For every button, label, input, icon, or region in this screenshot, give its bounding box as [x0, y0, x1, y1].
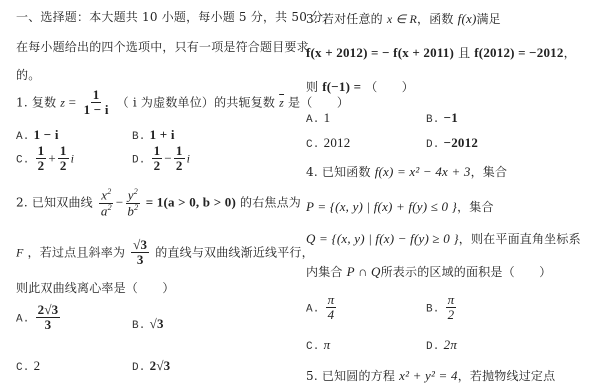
question-1-option-c[interactable]: C. 12+12i: [16, 144, 74, 174]
question-4-option-d[interactable]: D. 2π: [426, 337, 457, 353]
question-1-option-b[interactable]: B. 1 + i: [132, 127, 175, 143]
question-4-set-q: Q = {(x, y) | f(x) − f(y) ≥ 0 }，则在平面直角坐标…: [306, 230, 581, 247]
conjugate-z: z: [279, 95, 284, 109]
section-heading-line1: 一、选择题：本大题共 10 小题，每小题 5 分，共 50 分，: [16, 8, 335, 25]
question-1-stem: 1. 复数 z = 11 − i （ i 为虚数单位）的共轭复数 z 是（ ）: [16, 88, 349, 118]
question-3-option-c[interactable]: C. 2012: [306, 135, 350, 151]
question-1-option-a[interactable]: A. 1 − i: [16, 127, 59, 143]
fraction: 11 − i: [82, 88, 111, 118]
question-4-option-c[interactable]: C. π: [306, 337, 330, 353]
question-4-set-p: P = {(x, y) | f(x) + f(y) ≤ 0 }，集合: [306, 198, 494, 215]
question-3-option-a[interactable]: A. 1: [306, 110, 330, 126]
question-4-stem: 4. 已知函数 f(x) = x² − 4x + 3，集合: [306, 163, 507, 180]
question-2-option-b[interactable]: B. √3: [132, 316, 164, 332]
section-heading-line2: 在每小题给出的四个选项中，只有一项是符合题目要求: [16, 38, 309, 55]
section-heading-line3: 的。: [16, 66, 40, 83]
question-3-line3: 则 f(−1) = （ ）: [306, 78, 414, 95]
question-2-option-d[interactable]: D. 2√3: [132, 358, 170, 374]
question-4-option-a[interactable]: A. π4: [306, 293, 338, 323]
question-3-option-b[interactable]: B. −1: [426, 110, 458, 126]
question-5-stem: 5. 已知圆的方程 x² + y² = 4，若抛物线过定点: [306, 367, 555, 384]
question-3-stem: 3. 若对任意的 x ∈ R，函数 f(x)满足: [306, 10, 501, 27]
question-2-line3: 则此双曲线离心率是（ ）: [16, 279, 175, 296]
question-1-option-d[interactable]: D. 12−12i: [132, 144, 190, 174]
question-4-line4: 内集合 P ∩ Q所表示的区域的面积是（ ）: [306, 263, 551, 280]
question-2-option-a[interactable]: A. 2√33: [16, 303, 62, 333]
question-3-line2: f(x + 2012) = − f(x + 2011) 且 f(2012) = …: [306, 44, 576, 61]
question-2-option-c[interactable]: C. 2: [16, 358, 40, 374]
question-number: 1.: [16, 95, 28, 109]
question-4-option-b[interactable]: B. π2: [426, 293, 458, 323]
question-2-line2: F ，若过点且斜率为 √33 的直线与双曲线渐近线平行，: [16, 238, 314, 268]
question-2-stem: 2. 已知双曲线 x2a2−y2b2 = 1(a > 0, b > 0) 的右焦…: [16, 188, 301, 218]
question-3-option-d[interactable]: D. −2012: [426, 135, 478, 151]
